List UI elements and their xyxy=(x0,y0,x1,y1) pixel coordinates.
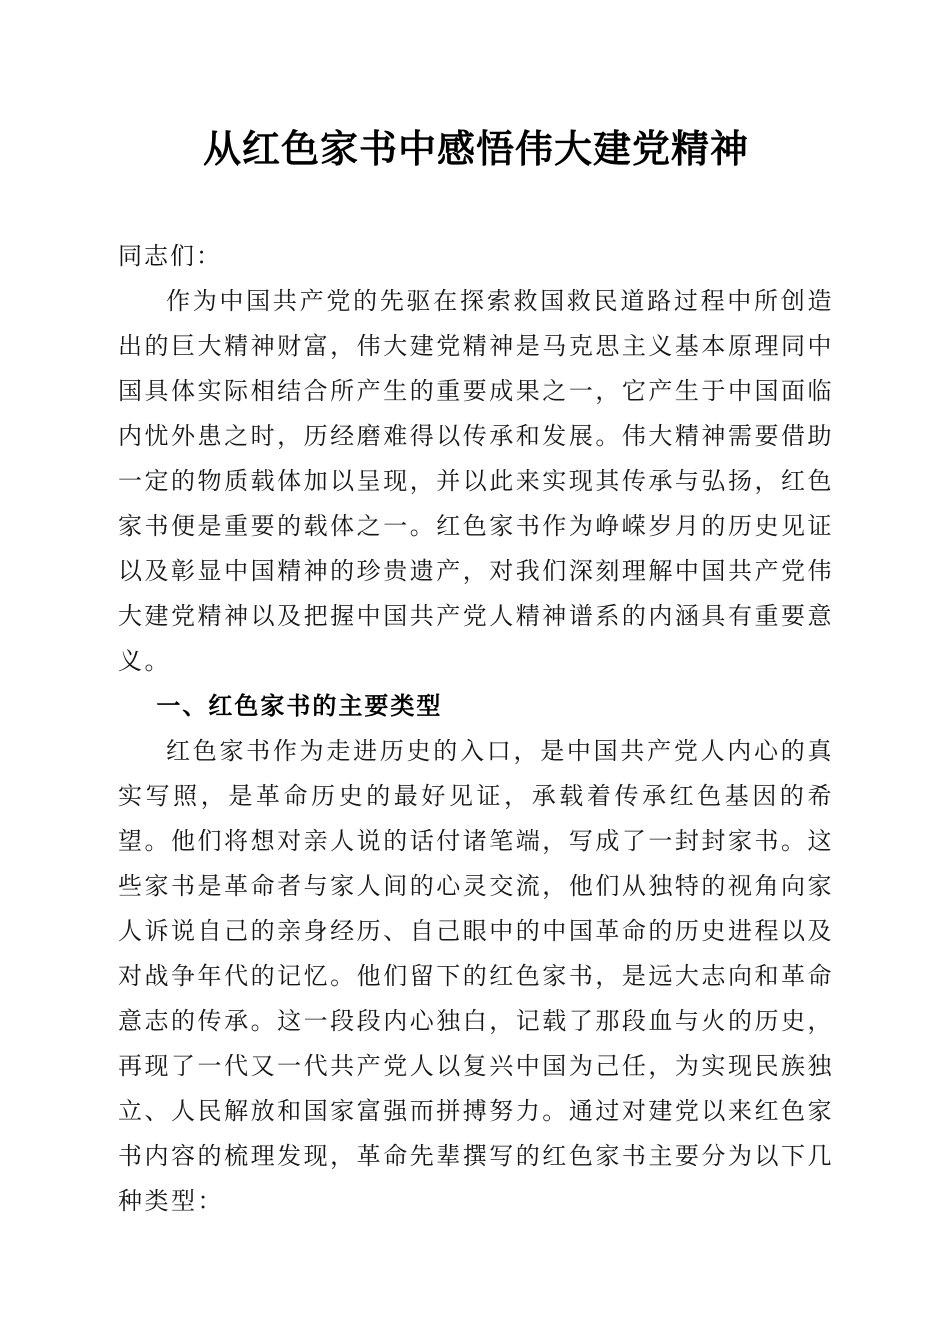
document-page: 从红色家书中感悟伟大建党精神 同志们： 作为中国共产党的先驱在探索救国救民道路过… xyxy=(0,0,950,1344)
paragraph-intro: 作为中国共产党的先驱在探索救国救民道路过程中所创造出的巨大精神财富，伟大建党精神… xyxy=(118,279,834,684)
document-title: 从红色家书中感悟伟大建党精神 xyxy=(118,120,834,178)
section-heading-1: 一、红色家书的主要类型 xyxy=(118,684,834,729)
salutation: 同志们： xyxy=(118,234,834,279)
paragraph-section-1: 红色家书作为走进历史的入口，是中国共产党人内心的真实写照，是革命历史的最好见证，… xyxy=(118,729,834,1224)
